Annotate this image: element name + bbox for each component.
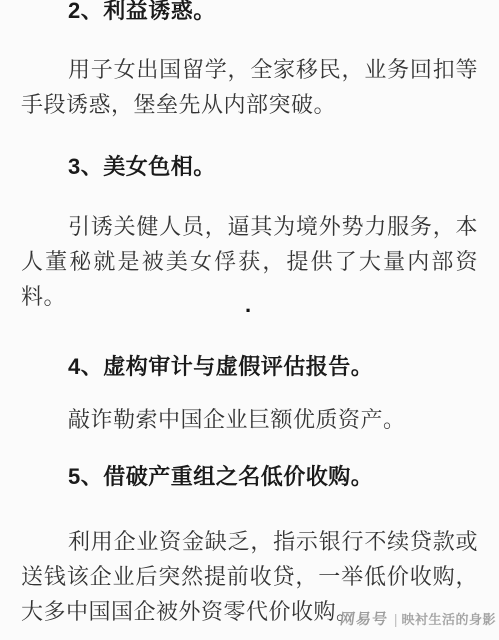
article-page: 2、利益诱惑。 用子女出国留学，全家移民，业务回扣等手段诱惑，堡垒先从内部突破。… (0, 0, 499, 636)
section-4: 4、虚构审计与虚假评估报告。 敲诈勒索中国企业巨额优质资产。 (21, 352, 478, 437)
stray-period-mark: . (245, 292, 251, 318)
section-3-heading: 3、美女色相。 (21, 152, 478, 182)
section-2-heading: 2、利益诱惑。 (21, 0, 478, 26)
netease-hao-logo: 网易号 (338, 608, 389, 629)
section-4-paragraph: 敲诈勒索中国企业巨额优质资产。 (21, 402, 478, 437)
section-3: 3、美女色相。 引诱关健人员，逼其为境外势力服务，本人董秘就是被美女俘获，提供了… (21, 152, 478, 314)
section-5-heading: 5、借破产重组之名低价收购。 (21, 462, 478, 492)
section-5: 5、借破产重组之名低价收购。 利用企业资金缺乏，指示银行不续贷款或送钱该企业后突… (21, 462, 478, 629)
section-2-paragraph: 用子女出国留学，全家移民，业务回扣等手段诱惑，堡垒先从内部突破。 (21, 52, 478, 122)
section-4-heading: 4、虚构审计与虚假评估报告。 (21, 352, 478, 382)
watermark-divider: | (394, 611, 398, 627)
netease-watermark: 网易号 | 映衬生活的身影 (340, 608, 496, 629)
section-2: 2、利益诱惑。 用子女出国留学，全家移民，业务回扣等手段诱惑，堡垒先从内部突破。 (21, 0, 478, 122)
watermark-account-name: 映衬生活的身影 (401, 609, 496, 628)
